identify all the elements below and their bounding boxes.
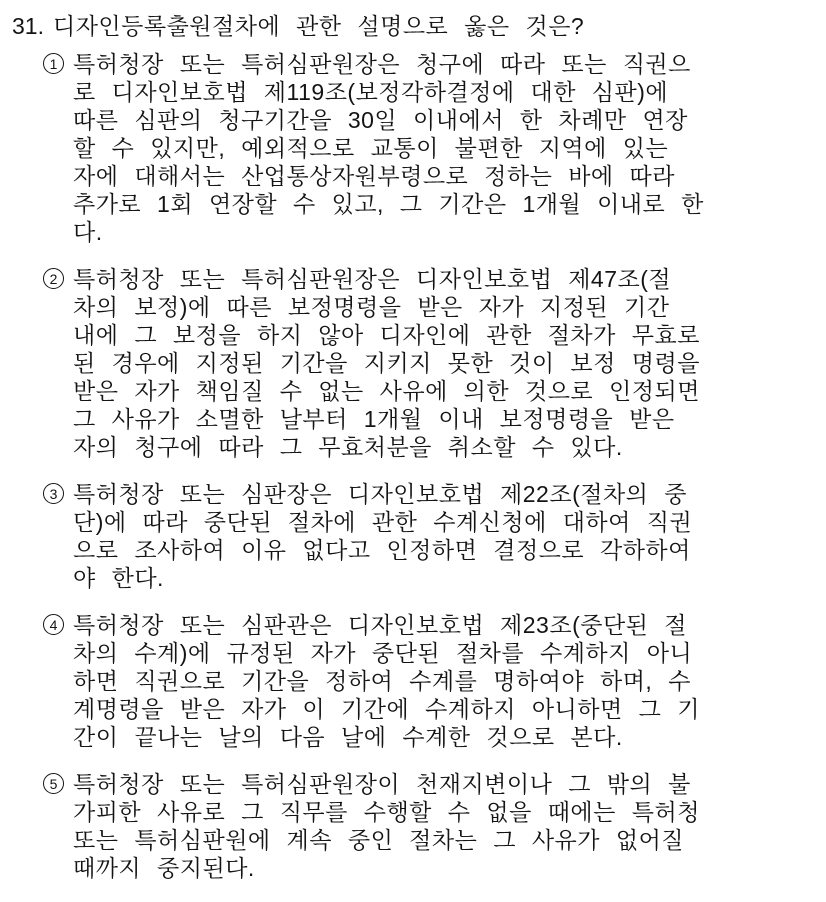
answer-option-5: 5 특허청장 또는 특허심판원장이 천재지변이나 그 밖의 불 가피한 사유로 … — [43, 770, 816, 882]
answer-option-3: 3 특허청장 또는 심판장은 디자인보호법 제22조(절차의 중 단)에 따라 … — [43, 480, 816, 592]
circled-number-4-icon: 4 — [43, 614, 64, 635]
circled-number-3-icon: 3 — [43, 483, 64, 504]
option-3-text: 특허청장 또는 심판장은 디자인보호법 제22조(절차의 중 단)에 따라 중단… — [73, 480, 816, 592]
circled-number-1-icon: 1 — [43, 53, 64, 74]
option-2-text: 특허청장 또는 특허심판원장은 디자인보호법 제47조(절 차의 보정)에 따른… — [73, 265, 816, 461]
answer-options-list: 1 특허청장 또는 특허심판원장은 청구에 따라 또는 직권으 로 디자인보호법… — [0, 50, 826, 882]
exam-question-page: 31. 디자인등록출원절차에 관한 설명으로 옳은 것은? 1 특허청장 또는 … — [0, 0, 826, 902]
question-header: 31. 디자인등록출원절차에 관한 설명으로 옳은 것은? — [0, 12, 826, 40]
circled-number-2-icon: 2 — [43, 268, 64, 289]
option-3-marker-cell: 3 — [43, 480, 73, 504]
option-4-text: 특허청장 또는 심판관은 디자인보호법 제23조(중단된 절 차의 수계)에 규… — [73, 611, 816, 751]
option-5-marker-cell: 5 — [43, 770, 73, 794]
question-number: 31. — [12, 12, 53, 40]
option-4-marker-cell: 4 — [43, 611, 73, 635]
circled-number-5-icon: 5 — [43, 773, 64, 794]
option-2-marker-cell: 2 — [43, 265, 73, 289]
option-1-text: 특허청장 또는 특허심판원장은 청구에 따라 또는 직권으 로 디자인보호법 제… — [73, 50, 816, 246]
answer-option-1: 1 특허청장 또는 특허심판원장은 청구에 따라 또는 직권으 로 디자인보호법… — [43, 50, 816, 246]
option-5-text: 특허청장 또는 특허심판원장이 천재지변이나 그 밖의 불 가피한 사유로 그 … — [73, 770, 816, 882]
option-1-marker-cell: 1 — [43, 50, 73, 74]
question-title: 디자인등록출원절차에 관한 설명으로 옳은 것은? — [53, 12, 826, 40]
answer-option-2: 2 특허청장 또는 특허심판원장은 디자인보호법 제47조(절 차의 보정)에 … — [43, 265, 816, 461]
answer-option-4: 4 특허청장 또는 심판관은 디자인보호법 제23조(중단된 절 차의 수계)에… — [43, 611, 816, 751]
